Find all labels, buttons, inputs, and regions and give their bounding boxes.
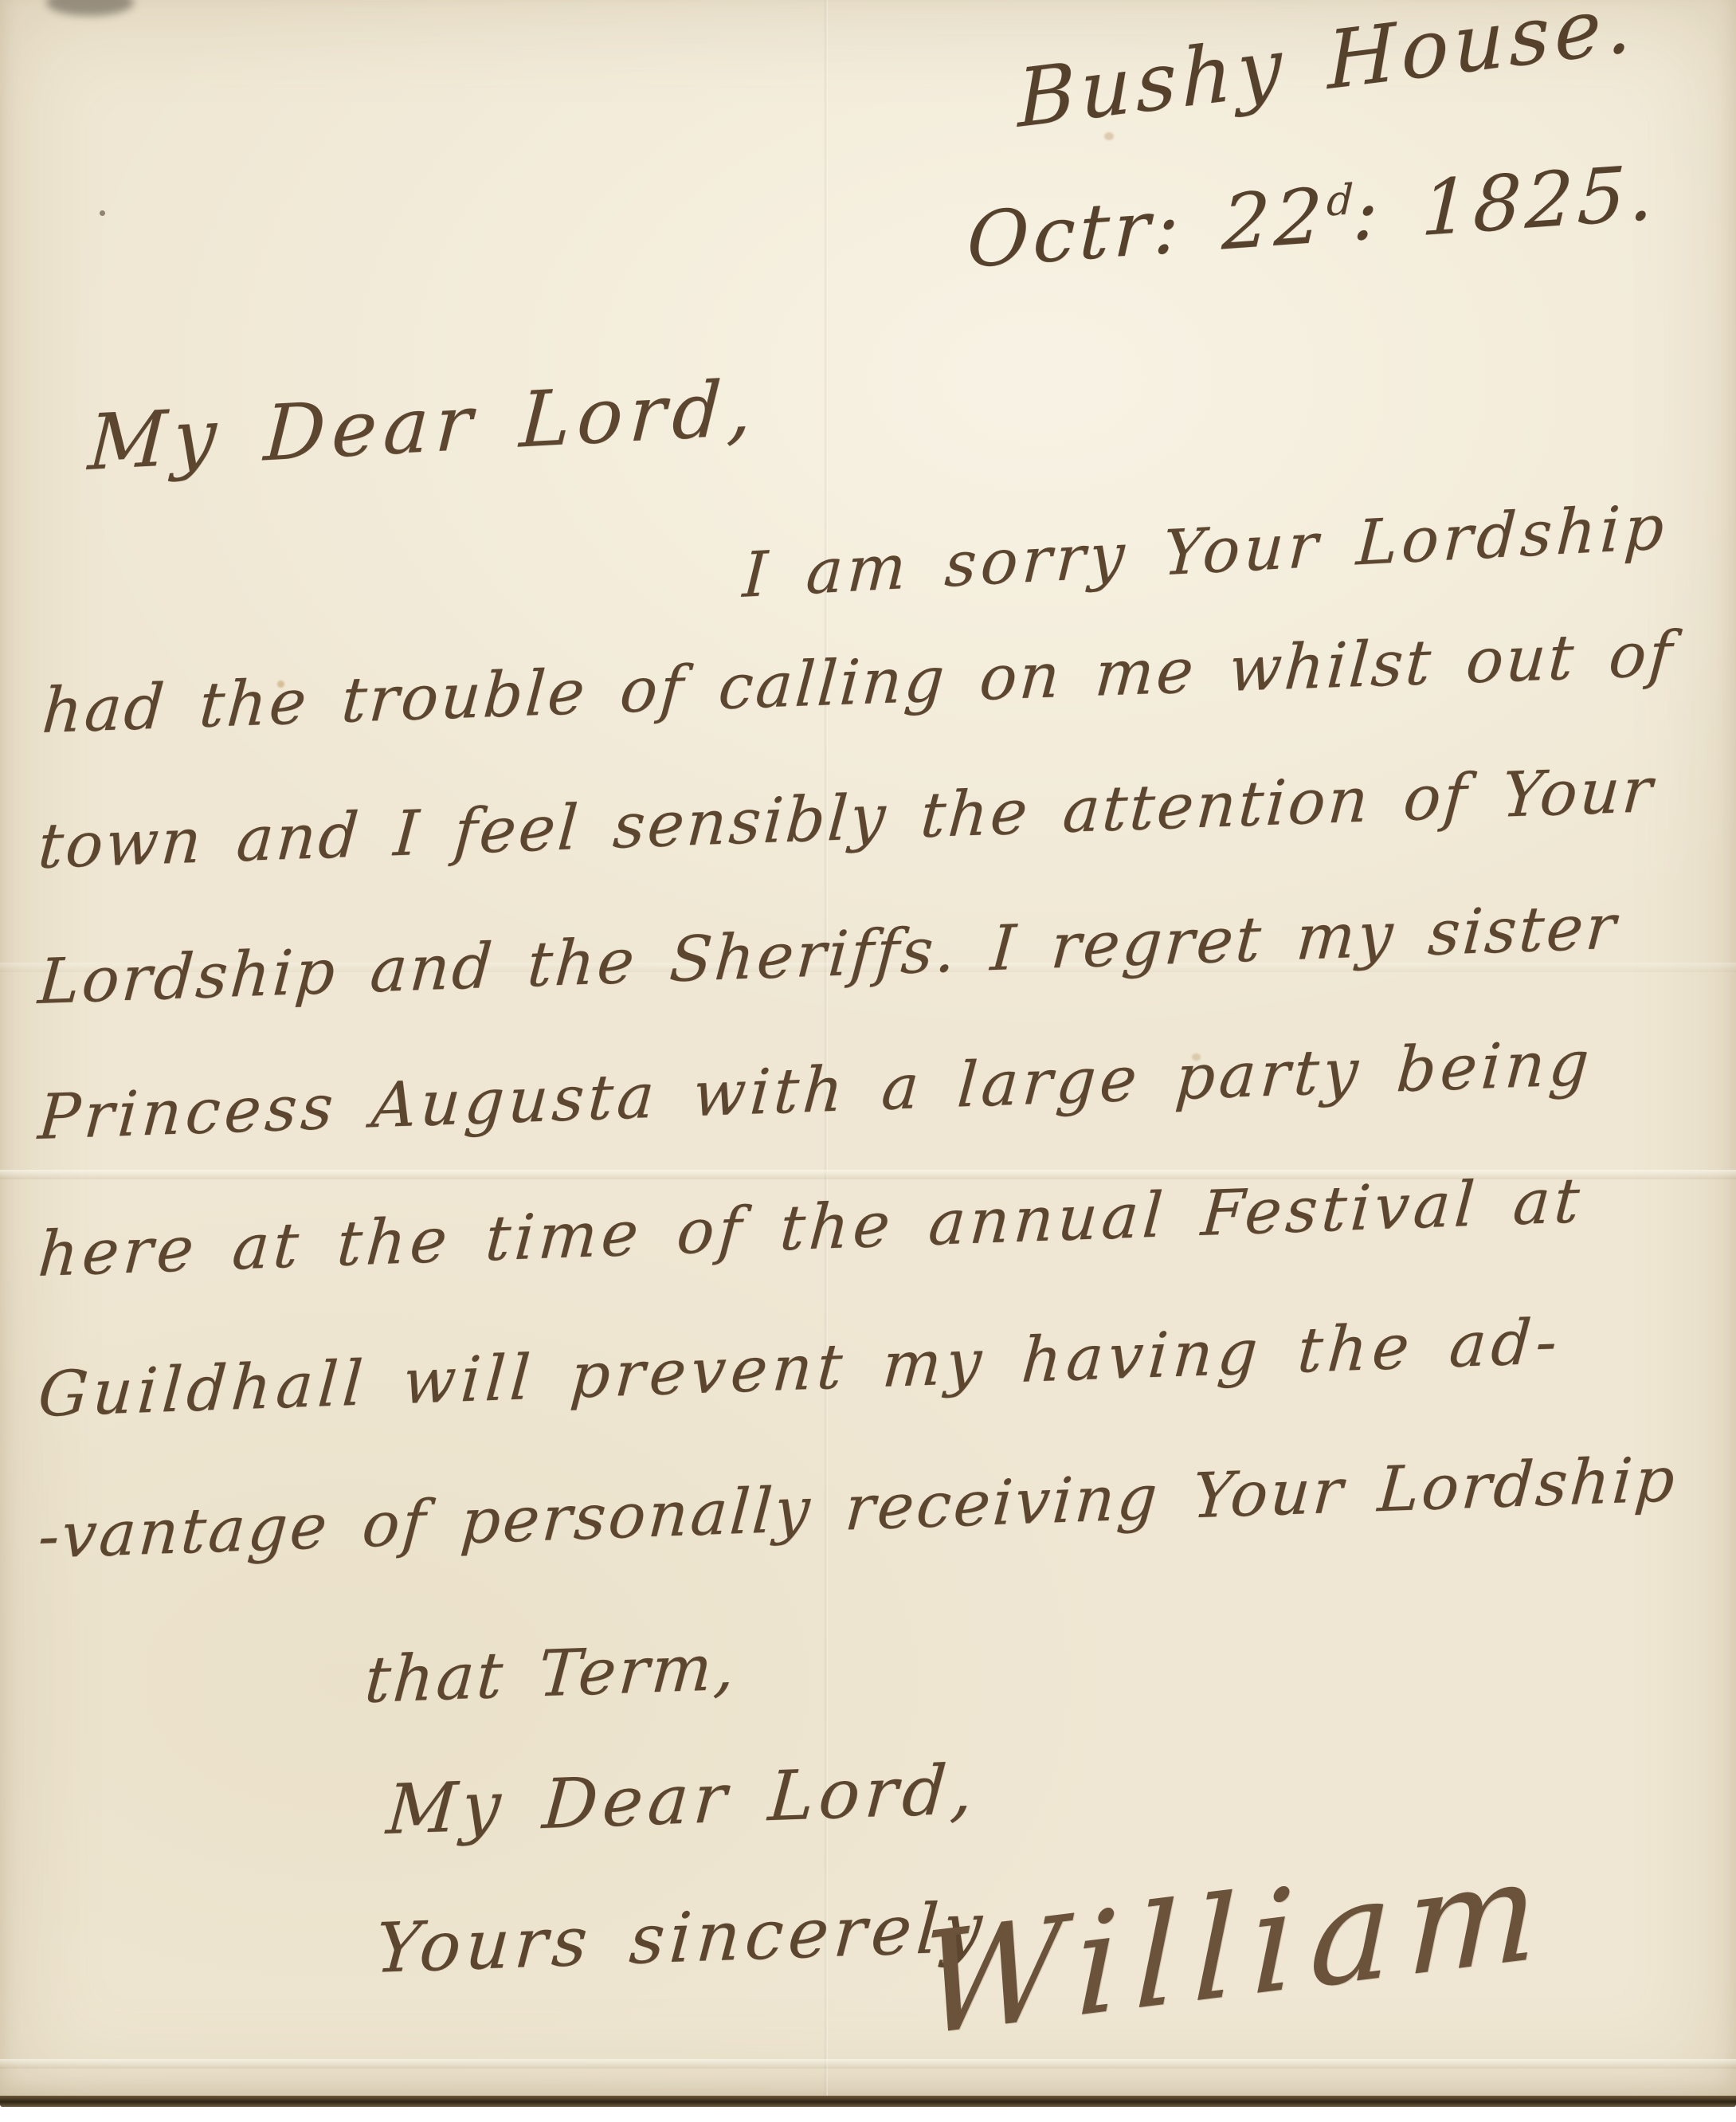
salutation: My Dear Lord, — [86, 363, 761, 488]
letter-place: Bushy House. — [1017, 0, 1636, 146]
paper-bottom-edge-shadow — [0, 2096, 1736, 2107]
body-line-8: -vantage of personally receiving Your Lo… — [36, 1444, 1679, 1573]
horizontal-fold-crease-lower — [0, 2059, 1736, 2069]
closing-address: My Dear Lord, — [384, 1750, 980, 1850]
body-line-9: that Term, — [362, 1630, 739, 1717]
body-line-4: Lordship and the Sheriffs. I regret my s… — [36, 892, 1620, 1018]
closing-valediction: Yours sincerely — [373, 1888, 989, 1989]
body-line-3: town and I feel sensibly the attention o… — [36, 755, 1657, 883]
body-line-1: I am sorry Your Lordship — [741, 492, 1670, 612]
body-line-5: Princess Augusta with a large party bein… — [36, 1028, 1595, 1154]
scanned-letter: Bushy House. Octr: 22d: 1825. My Dear Lo… — [0, 0, 1736, 2122]
letter-paper: Bushy House. Octr: 22d: 1825. My Dear Lo… — [0, 0, 1736, 2101]
letter-date: Octr: 22d: 1825. — [966, 149, 1659, 285]
letter-date-day: Octr: 22 — [966, 172, 1328, 285]
letter-date-year: : 1825. — [1351, 149, 1659, 258]
body-line-7: Guildhall will prevent my having the ad- — [36, 1306, 1564, 1431]
body-line-2: had the trouble of calling on me whilst … — [40, 618, 1676, 747]
body-line-6: here at the time of the annual Festival … — [36, 1165, 1585, 1291]
signature-william: William — [920, 1827, 1554, 2068]
ink-speck — [100, 210, 105, 216]
corner-smudge — [46, 0, 134, 16]
letter-date-ordinal: d — [1326, 176, 1354, 226]
